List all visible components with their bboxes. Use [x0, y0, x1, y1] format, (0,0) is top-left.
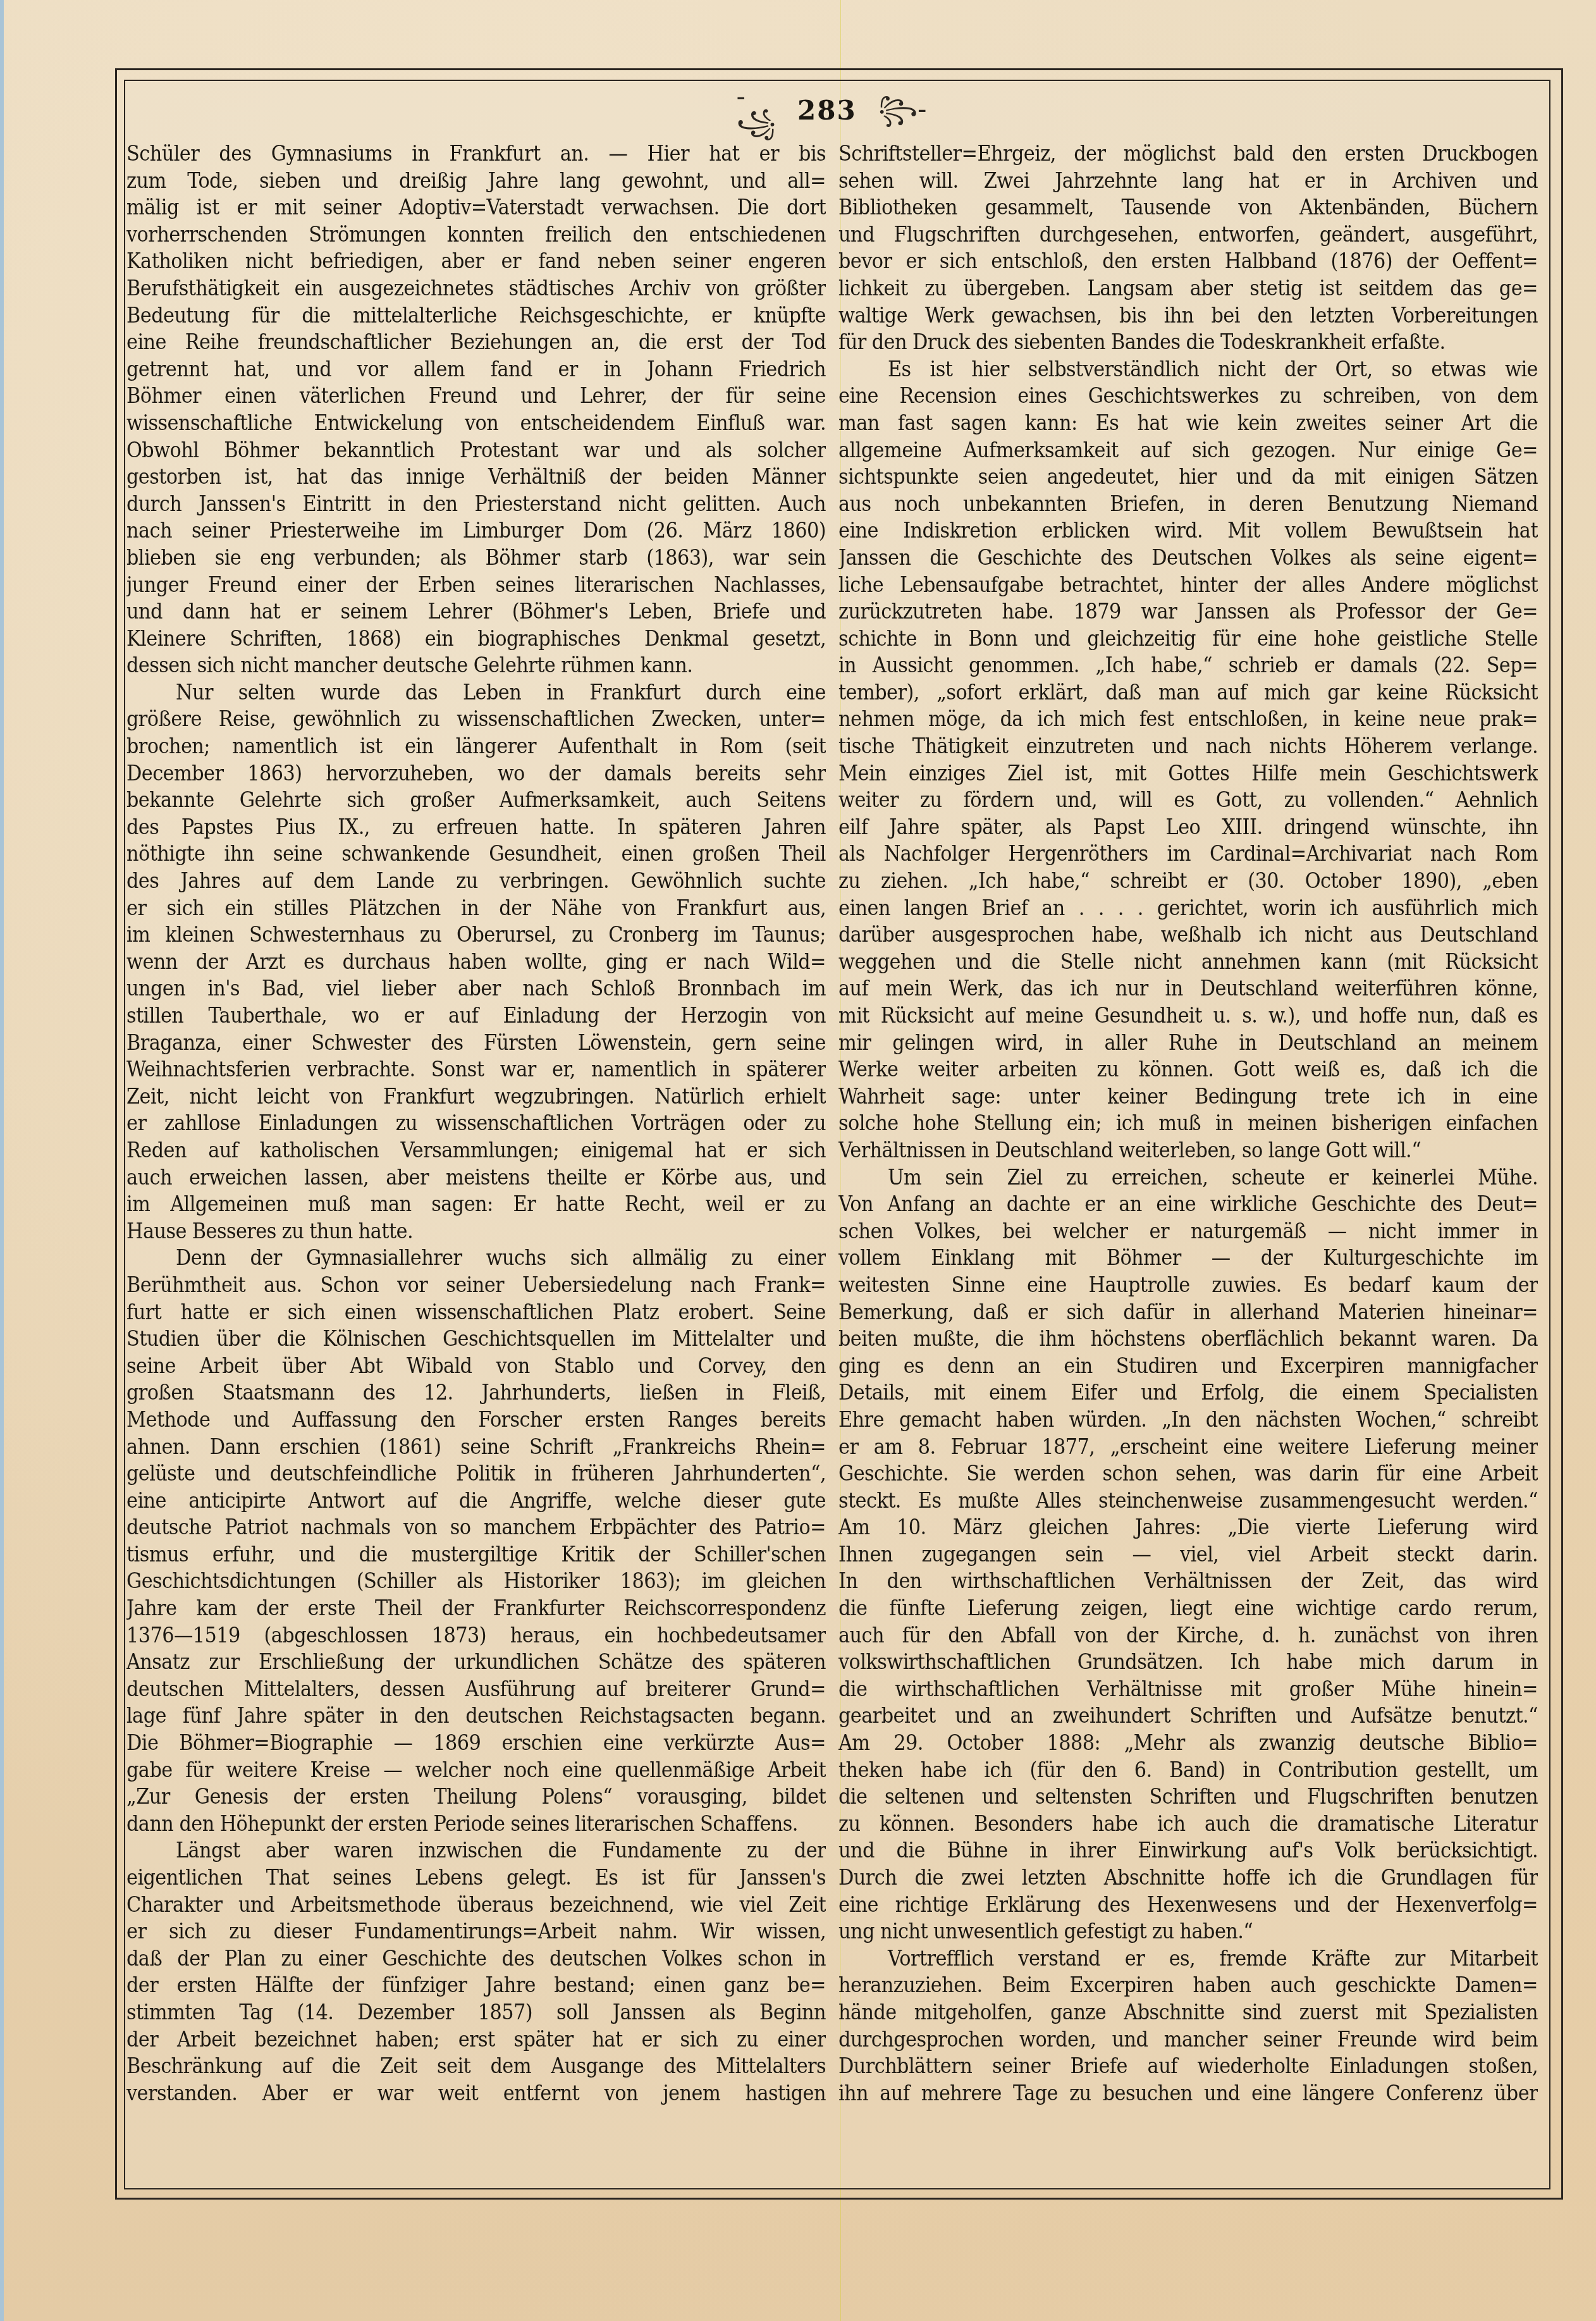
text-line: schichte in Bonn und gleichzeitig für ei… — [838, 625, 1538, 653]
text-line: eine anticipirte Antwort auf die Angriff… — [126, 1487, 826, 1515]
text-line: sichtspunkte seien angedeutet, hier und … — [838, 464, 1538, 491]
text-line: eine Indiskretion erblicken wird. Mit vo… — [838, 517, 1538, 545]
text-line: Nur selten wurde das Leben in Frankfurt … — [126, 679, 826, 706]
text-line: Am 10. März gleichen Jahres: „Die vierte… — [838, 1514, 1538, 1541]
text-line: verstanden. Aber er war weit entfernt vo… — [126, 2080, 826, 2107]
text-line: Wahrheit sage: unter keiner Bedingung tr… — [838, 1083, 1538, 1111]
text-line: die fünfte Lieferung zeigen, liegt eine … — [838, 1595, 1538, 1622]
text-line: im Allgemeinen muß man sagen: Er hatte R… — [126, 1191, 826, 1218]
text-line: weiter zu fördern und, will es Gott, zu … — [838, 787, 1538, 814]
text-line: getrennt hat, und vor allem fand er in J… — [126, 356, 826, 383]
text-line: liche Lebensaufgabe betrachtet, hinter d… — [838, 572, 1538, 599]
text-line: nehmen möge, da ich mich fest entschloße… — [838, 706, 1538, 733]
text-line: tische Thätigkeit einzutreten und nach n… — [838, 733, 1538, 760]
text-line: ahnen. Dann erschien (1861) seine Schrif… — [126, 1434, 826, 1461]
text-line: die seltenen und seltensten Schriften un… — [838, 1783, 1538, 1811]
text-line: und dann hat er seinem Lehrer (Böhmer's … — [126, 598, 826, 625]
text-line: gelüste und deutschfeindliche Politik in… — [126, 1460, 826, 1487]
text-line: gearbeitet und an zweihundert Schriften … — [838, 1702, 1538, 1730]
text-line: In den wirthschaftlichen Verhältnissen d… — [838, 1568, 1538, 1595]
text-line: Beschränkung auf die Zeit seit dem Ausga… — [126, 2053, 826, 2080]
page-number: 283 — [797, 95, 857, 126]
text-line: durch Janssen's Eintritt in den Priester… — [126, 491, 826, 518]
text-line: nach seiner Priesterweihe im Limburger D… — [126, 517, 826, 545]
text-line: Geschichtsdichtungen (Schiller als Histo… — [126, 1568, 826, 1595]
text-line: zu ziehen. „Ich habe,“ schreibt er (30. … — [838, 868, 1538, 895]
text-line: Böhmer einen väterlichen Freund und Lehr… — [126, 383, 826, 410]
text-line: als Nachfolger Hergenröthers im Cardinal… — [838, 840, 1538, 868]
text-line: des Papstes Pius IX., zu erfreuen hatte.… — [126, 814, 826, 841]
text-line: zum Tode, sieben und dreißig Jahre lang … — [126, 168, 826, 195]
text-line: dann den Höhepunkt der ersten Periode se… — [126, 1811, 826, 1838]
text-line: nöthigte ihn seine schwankende Gesundhei… — [126, 840, 826, 868]
text-line: solche hohe Stellung ein; ich muß in mei… — [838, 1110, 1538, 1137]
text-line: ging es denn an ein Studiren und Excerpi… — [838, 1353, 1538, 1380]
text-line: Denn der Gymnasiallehrer wuchs sich allm… — [126, 1245, 826, 1272]
text-line: Berühmtheit aus. Schon vor seiner Uebers… — [126, 1272, 826, 1299]
text-line: dessen sich nicht mancher deutsche Geleh… — [126, 652, 826, 679]
text-column-left: Schüler des Gymnasiums in Frankfurt an. … — [126, 140, 826, 2107]
text-line: man fast sagen kann: Es hat wie kein zwe… — [838, 410, 1538, 437]
text-line: Hause Besseres zu thun hatte. — [126, 1218, 826, 1245]
text-line: Methode und Auffassung den Forscher erst… — [126, 1407, 826, 1434]
text-line: sehen will. Zwei Jahrzehnte lang hat er … — [838, 168, 1538, 195]
text-line: Bemerkung, daß er sich dafür in allerhan… — [838, 1299, 1538, 1326]
text-line: in Aussicht genommen. „Ich habe,“ schrie… — [838, 652, 1538, 679]
text-line: tismus erfuhr, und die mustergiltige Kri… — [126, 1541, 826, 1568]
text-line: gabe für weitere Kreise — welcher noch e… — [126, 1757, 826, 1784]
text-line: Ansatz zur Erschließung der urkundlichen… — [126, 1649, 826, 1676]
text-line: Berufsthätigkeit ein ausgezeichnetes stä… — [126, 275, 826, 302]
text-line: Geschichte. Sie werden schon sehen, was … — [838, 1460, 1538, 1487]
text-line: Katholiken nicht befriedigen, aber er fa… — [126, 248, 826, 275]
text-line: brochen; namentlich ist ein längerer Auf… — [126, 733, 826, 760]
text-line: der Arbeit bezeichnet haben; erst später… — [126, 2026, 826, 2053]
text-line: junger Freund einer der Erben seines lit… — [126, 572, 826, 599]
text-line: die wirthschaftlichen Verhältnisse mit g… — [838, 1676, 1538, 1703]
text-line: theken habe ich (für den 6. Band) in Con… — [838, 1757, 1538, 1784]
text-line: mälig ist er mit seiner Adoptiv=Vatersta… — [126, 194, 826, 221]
text-line: Verhältnissen in Deutschland weiterleben… — [838, 1137, 1538, 1164]
text-line: auch erweichen lassen, aber meistens the… — [126, 1164, 826, 1191]
text-line: deutschen Mittelalters, dessen Ausführun… — [126, 1676, 826, 1703]
text-line: Am 29. October 1888: „Mehr als zwanzig d… — [838, 1730, 1538, 1757]
text-line: Weihnachtsferien verbrachte. Sonst war e… — [126, 1056, 826, 1083]
page-header: -꧁ 283 ꧂- — [740, 92, 923, 128]
text-line: Studien über die Kölnischen Geschichtsqu… — [126, 1326, 826, 1353]
text-line: Charakter und Arbeitsmethode überaus bez… — [126, 1892, 826, 1919]
text-line: Obwohl Böhmer bekanntlich Protestant war… — [126, 437, 826, 464]
text-line: wenn der Arzt es durchaus haben wollte, … — [126, 949, 826, 976]
text-line: und die Bühne in ihrer Einwirkung auf's … — [838, 1837, 1538, 1864]
text-line: im kleinen Schwesternhaus zu Oberursel, … — [126, 921, 826, 949]
text-line: volkswirthschaftlichen Grundsätzen. Ich … — [838, 1649, 1538, 1676]
text-line: deutsche Patriot nachmals von so manchem… — [126, 1514, 826, 1541]
text-line: für den Druck des siebenten Bandes die T… — [838, 329, 1538, 356]
text-line: eigentlichen That seines Lebens gelegt. … — [126, 1864, 826, 1892]
text-line: Kleinere Schriften, 1868) ein biographis… — [126, 625, 826, 653]
text-line: er zahllose Einladungen zu wissenschaftl… — [126, 1110, 826, 1137]
text-line: darüber ausgesprochen habe, weßhalb ich … — [838, 921, 1538, 949]
text-line: Durchblättern seiner Briefe auf wiederho… — [838, 2053, 1538, 2080]
text-line: einen langen Brief an . . . . gerichtet,… — [838, 895, 1538, 922]
text-line: ung nicht unwesentlich gefestigt zu habe… — [838, 1918, 1538, 1945]
text-line: ihn auf mehrere Tage zu besuchen und ein… — [838, 2080, 1538, 2107]
text-line: er sich zu dieser Fundamentirungs=Arbeit… — [126, 1918, 826, 1945]
text-line: vollem Einklang mit Böhmer — der Kulturg… — [838, 1245, 1538, 1272]
text-line: Die Böhmer=Biographie — 1869 erschien ei… — [126, 1730, 826, 1757]
text-line: ungen in's Bad, viel lieber aber nach Sc… — [126, 975, 826, 1002]
text-line: furt hatte er sich einen wissenschaftlic… — [126, 1299, 826, 1326]
text-line: stillen Tauberthale, wo er auf Einladung… — [126, 1002, 826, 1030]
text-line: schen Volkes, bei welcher er naturgemäß … — [838, 1218, 1538, 1245]
text-line: Durch die zwei letzten Abschnitte hoffe … — [838, 1864, 1538, 1892]
text-line: beiten mußte, die ihm höchstens oberfläc… — [838, 1326, 1538, 1353]
text-line: weggehen und die Stelle nicht annehmen k… — [838, 949, 1538, 976]
text-line: vorherrschenden Strömungen konnten freil… — [126, 221, 826, 249]
text-line: Reden auf katholischen Versammlungen; ei… — [126, 1137, 826, 1164]
text-line: eilf Jahre später, als Papst Leo XIII. d… — [838, 814, 1538, 841]
text-line: und Flugschriften durchgesehen, entworfe… — [838, 221, 1538, 249]
text-line: Längst aber waren inzwischen die Fundame… — [126, 1837, 826, 1864]
text-line: durchgesprochen worden, und mancher sein… — [838, 2026, 1538, 2053]
text-line: größere Reise, gewöhnlich zu wissenschaf… — [126, 706, 826, 733]
text-line: eine Reihe freundschaftlicher Beziehunge… — [126, 329, 826, 356]
text-line: Ihnen zugegangen sein — viel, viel Arbei… — [838, 1541, 1538, 1568]
text-line: gestorben ist, hat das innige Verhältniß… — [126, 464, 826, 491]
text-line: aus noch unbekannten Briefen, in deren B… — [838, 491, 1538, 518]
text-line: Vortrefflich verstand er es, fremde Kräf… — [838, 1945, 1538, 1973]
text-line: Werke weiter arbeiten zu können. Gott we… — [838, 1056, 1538, 1083]
text-line: er am 8. Februar 1877, „erscheint eine w… — [838, 1434, 1538, 1461]
text-line: eine richtige Erklärung des Hexenwesens … — [838, 1892, 1538, 1919]
text-line: auf mein Werk, das ich nur in Deutschlan… — [838, 975, 1538, 1002]
text-line: waltige Werk gewachsen, bis ihn bei den … — [838, 302, 1538, 329]
text-line: Zeit, nicht leicht von Frankfurt wegzubr… — [126, 1083, 826, 1111]
text-line: steckt. Es mußte Alles steinchenweise zu… — [838, 1487, 1538, 1515]
text-line: weitesten Sinne eine Hauptrolle zuwies. … — [838, 1272, 1538, 1299]
text-line: „Zur Genesis der ersten Theilung Polens“… — [126, 1783, 826, 1811]
ornament-left-icon: -꧁ — [736, 85, 775, 135]
text-line: Details, mit einem Eifer und Erfolg, die… — [838, 1379, 1538, 1407]
text-line: blieben sie eng verbunden; als Böhmer st… — [126, 545, 826, 572]
text-column-right: Schriftsteller=Ehrgeiz, der möglichst ba… — [838, 140, 1538, 2107]
ornament-right-icon: ꧂- — [878, 97, 927, 123]
text-line: December 1863) hervorzuheben, wo der dam… — [126, 760, 826, 787]
text-line: stimmten Tag (14. Dezember 1857) soll Ja… — [126, 1999, 826, 2026]
text-line: bevor er sich entschloß, den ersten Halb… — [838, 248, 1538, 275]
text-line: lichkeit zu übergeben. Langsam aber stet… — [838, 275, 1538, 302]
text-line: lage fünf Jahre später in den deutschen … — [126, 1702, 826, 1730]
text-line: 1376—1519 (abgeschlossen 1873) heraus, e… — [126, 1622, 826, 1649]
text-line: heranzuziehen. Beim Excerpiren haben auc… — [838, 1972, 1538, 1999]
text-line: hände mitgeholfen, ganze Abschnitte sind… — [838, 1999, 1538, 2026]
text-line: Bibliotheken gesammelt, Tausende von Akt… — [838, 194, 1538, 221]
text-line: Mein einziges Ziel ist, mit Gottes Hilfe… — [838, 760, 1538, 787]
text-line: Ehre gemacht haben würden. „In den nächs… — [838, 1407, 1538, 1434]
text-line: Janssen die Geschichte des Deutschen Vol… — [838, 545, 1538, 572]
text-line: eine Recension eines Geschichtswerkes zu… — [838, 383, 1538, 410]
text-line: der ersten Hälfte der fünfziger Jahre be… — [126, 1972, 826, 1999]
text-line: Bedeutung für die mittelalterliche Reich… — [126, 302, 826, 329]
text-line: Schriftsteller=Ehrgeiz, der möglichst ba… — [838, 140, 1538, 168]
text-line: auch für den Abfall von der Kirche, d. h… — [838, 1622, 1538, 1649]
text-line: daß der Plan zu einer Geschichte des deu… — [126, 1945, 826, 1973]
text-line: Schüler des Gymnasiums in Frankfurt an. … — [126, 140, 826, 168]
text-line: tember), „sofort erklärt, daß man auf mi… — [838, 679, 1538, 706]
text-line: mir gelingen wird, in aller Ruhe in Deut… — [838, 1030, 1538, 1057]
text-line: Um sein Ziel zu erreichen, scheute er ke… — [838, 1164, 1538, 1191]
text-line: seine Arbeit über Abt Wibald von Stablo … — [126, 1353, 826, 1380]
text-line: er sich ein stilles Plätzchen in der Näh… — [126, 895, 826, 922]
text-line: des Jahres auf dem Lande zu verbringen. … — [126, 868, 826, 895]
text-line: zu können. Besonders habe ich auch die d… — [838, 1811, 1538, 1838]
text-line: wissenschaftliche Entwickelung von entsc… — [126, 410, 826, 437]
text-line: mit Rücksicht auf meine Gesundheit u. s.… — [838, 1002, 1538, 1030]
text-line: Von Anfang an dachte er an eine wirklich… — [838, 1191, 1538, 1218]
text-line: bekannte Gelehrte sich großer Aufmerksam… — [126, 787, 826, 814]
text-line: großen Staatsmann des 12. Jahrhunderts, … — [126, 1379, 826, 1407]
text-line: Jahre kam der erste Theil der Frankfurte… — [126, 1595, 826, 1622]
text-line: zurückzutreten habe. 1879 war Janssen al… — [838, 598, 1538, 625]
text-line: Braganza, einer Schwester des Fürsten Lö… — [126, 1030, 826, 1057]
text-line: allgemeine Aufmerksamkeit auf sich gezog… — [838, 437, 1538, 464]
text-line: Es ist hier selbstverständlich nicht der… — [838, 356, 1538, 383]
